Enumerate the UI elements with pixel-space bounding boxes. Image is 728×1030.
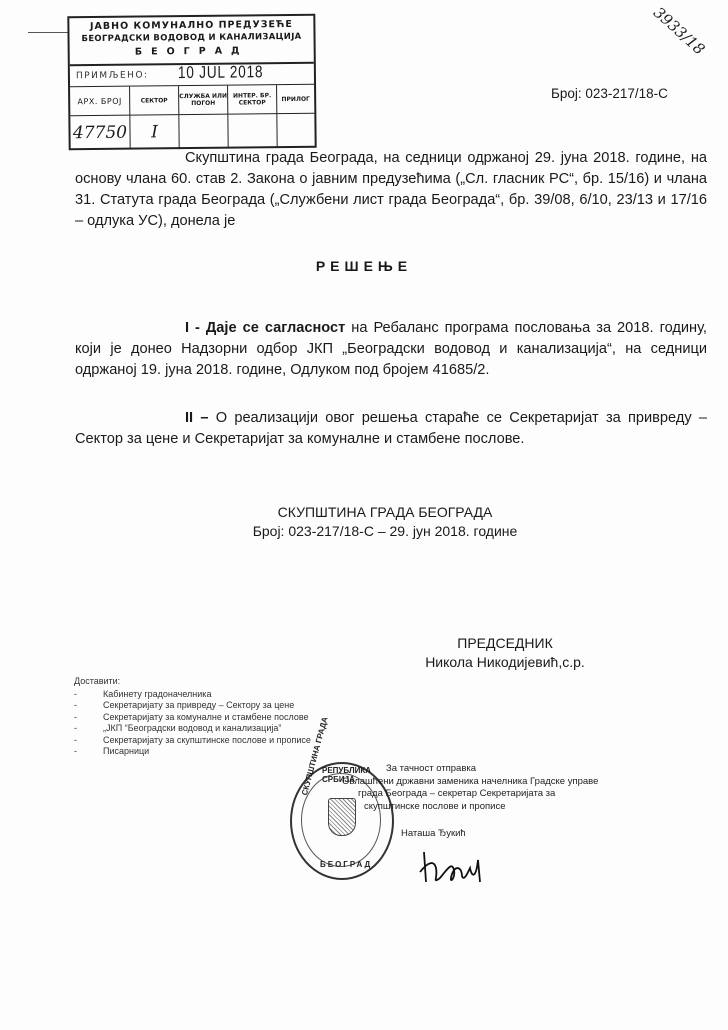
received-date: 10 JUL 2018 <box>178 62 264 83</box>
column-attachment: ПРИЛОГ <box>277 85 314 114</box>
issuer-block: СКУПШТИНА ГРАДА БЕОГРАДА Број: 023-217/1… <box>0 503 728 541</box>
signature <box>418 848 488 888</box>
delivery-item: Секретаријату за комуналне и стамбене по… <box>74 712 311 724</box>
service-value <box>179 115 228 150</box>
entry-stamp-header: ЈАВНО КОМУНАЛНО ПРЕДУЗЕЋЕ БЕОГРАДСКИ ВОД… <box>69 16 313 67</box>
section-two-lead: II – <box>185 410 208 426</box>
section-two-text: О реализацији овог решења стараће се Сек… <box>75 410 707 447</box>
issuer-number-date: Број: 023-217/18-С – 29. јун 2018. годин… <box>0 522 728 541</box>
section-one-lead: I - Даје се сагласност <box>185 320 345 336</box>
reference-number: Број: 023-217/18-С <box>551 86 668 101</box>
sector-value: I <box>130 115 179 150</box>
entry-stamp: ЈАВНО КОМУНАЛНО ПРЕДУЗЕЋЕ БЕОГРАДСКИ ВОД… <box>67 14 316 151</box>
delivery-list: Доставити: Кабинету градоначелника Секре… <box>74 676 311 758</box>
entry-stamp-grid: АРХ. БРОЈ СЕКТОР СЛУЖБА ИЛИ ПОГОН ИНТЕР.… <box>70 85 315 151</box>
delivery-item: Писарници <box>74 746 311 758</box>
delivery-item: Секретаријату за скупштинске послове и п… <box>74 735 311 747</box>
section-two: II – О реализацији овог решења стараће с… <box>75 408 707 450</box>
entry-stamp-received-row: ПРИМЉЕНО: 10 JUL 2018 <box>70 64 314 88</box>
section-one-text: на Ребаланс програма пословања за 2018. … <box>75 320 707 378</box>
delivery-item: Секретаријату за привреду – Сектору за ц… <box>74 700 311 712</box>
coat-of-arms-icon <box>328 798 356 836</box>
delivery-label: Доставити: <box>74 676 311 688</box>
internal-number-value <box>228 114 277 149</box>
delivery-item: „ЈКП “Београдски водовод и канализација” <box>74 723 311 735</box>
section-one: I - Даје се сагласност на Ребаланс прогр… <box>75 318 707 381</box>
column-internal-number: ИНТЕР. БР. СЕКТОР <box>228 85 277 115</box>
document-title: РЕШЕЊЕ <box>0 258 728 274</box>
delivery-item: Кабинету градоначелника <box>74 689 311 701</box>
intro-paragraph: Скупштина града Београда, на седници одр… <box>75 148 707 232</box>
column-archive-number: АРХ. БРОЈ <box>70 87 130 117</box>
president-name: Никола Никодијевић,с.р. <box>425 653 585 672</box>
president-title: ПРЕДСЕДНИК <box>425 634 585 653</box>
president-block: ПРЕДСЕДНИК Никола Никодијевић,с.р. <box>425 634 585 672</box>
margin-mark <box>28 32 68 33</box>
handwritten-reference: 3933/18 <box>650 3 708 58</box>
column-service: СЛУЖБА ИЛИ ПОГОН <box>179 86 228 116</box>
attachment-value <box>277 114 314 148</box>
issuer-name: СКУПШТИНА ГРАДА БЕОГРАДА <box>0 503 728 522</box>
certifier-name: Наташа Ђукић <box>401 828 466 839</box>
received-label: ПРИМЉЕНО: <box>76 70 149 81</box>
certification-block: За тачност отправка Овлашћени државни за… <box>386 763 598 813</box>
document-page: ЈАВНО КОМУНАЛНО ПРЕДУЗЕЋЕ БЕОГРАДСКИ ВОД… <box>0 0 728 1030</box>
archive-number-value: 47750 <box>70 116 130 151</box>
column-sector: СЕКТОР <box>130 86 179 116</box>
seal-bottom-text: БЕОГРАД <box>320 860 372 869</box>
